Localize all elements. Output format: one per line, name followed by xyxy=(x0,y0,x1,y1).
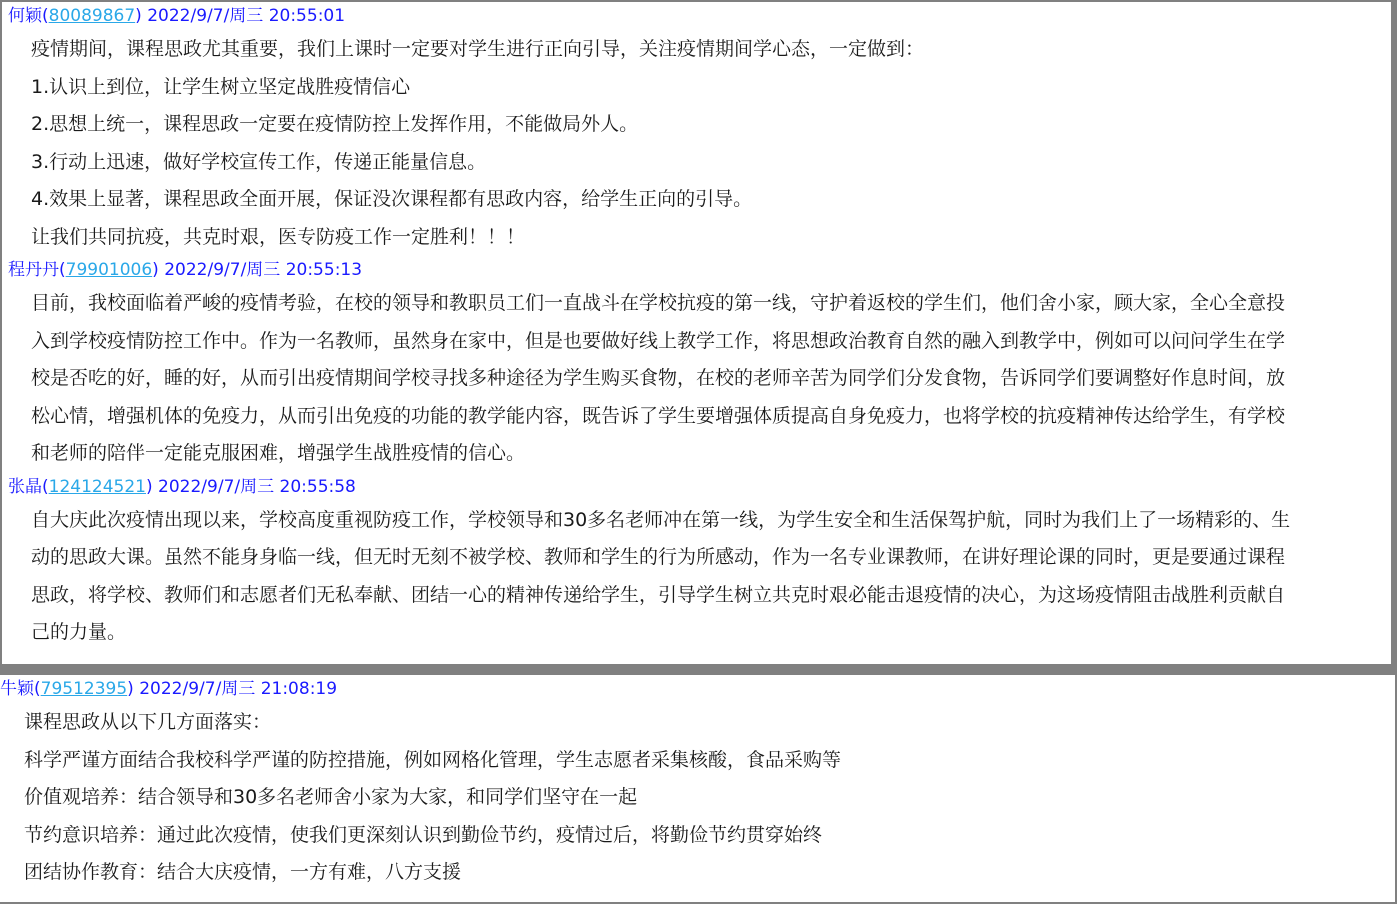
message-line: 思政，将学校、教师们和志愿者们无私奉献、团结一心的精神传递给学生，引导学生树立共… xyxy=(31,577,1371,615)
chat-message: 张晶(124124521) 2022/9/7/周三 20:55:58 自大庆此次… xyxy=(2,473,1391,652)
message-timestamp: 2022/9/7/周三 20:55:01 xyxy=(147,6,345,26)
message-line: 价值观培养：结合领导和30多名老师舍小家为大家，和同学们坚守在一起 xyxy=(24,779,1375,817)
chat-message: 何颖(80089867) 2022/9/7/周三 20:55:01 疫情期间，课… xyxy=(2,2,1391,256)
message-line: 3.行动上迅速，做好学校宣传工作，传递正能量信息。 xyxy=(31,144,1371,182)
message-header: 何颖(80089867) 2022/9/7/周三 20:55:01 xyxy=(2,2,1391,31)
panel-divider xyxy=(0,664,1397,675)
message-body: 疫情期间，课程思政尤其重要，我们上课时一定要对学生进行正向引导，关注疫情期间学心… xyxy=(2,31,1391,256)
message-line: 课程思政从以下几方面落实： xyxy=(24,704,1375,742)
sender-id-link[interactable]: 79901006 xyxy=(66,260,153,280)
sender-name: 何颖 xyxy=(8,6,42,26)
sender-id-link[interactable]: 124124521 xyxy=(49,477,146,497)
open-paren: ( xyxy=(34,679,41,699)
message-line: 入到学校疫情防控工作中。作为一名教师，虽然身在家中，但是也要做好线上教学工作，将… xyxy=(31,323,1371,361)
chat-panel-upper: 何颖(80089867) 2022/9/7/周三 20:55:01 疫情期间，课… xyxy=(0,0,1391,664)
message-line: 2.思想上统一，课程思政一定要在疫情防控上发挥作用，不能做局外人。 xyxy=(31,106,1371,144)
chat-panel-lower: 牛颖(79512395) 2022/9/7/周三 21:08:19 课程思政从以… xyxy=(0,675,1397,904)
sender-name: 牛颖 xyxy=(0,679,34,699)
sender-id-link[interactable]: 79512395 xyxy=(41,679,128,699)
message-timestamp: 2022/9/7/周三 20:55:58 xyxy=(158,477,356,497)
close-paren: ) xyxy=(127,679,134,699)
message-line: 目前，我校面临着严峻的疫情考验，在校的领导和教职员工们一直战斗在学校抗疫的第一线… xyxy=(31,285,1371,323)
sender-name: 张晶 xyxy=(8,477,42,497)
message-line: 自大庆此次疫情出现以来，学校高度重视防疫工作，学校领导和30多名老师冲在第一线，… xyxy=(31,502,1371,540)
message-line: 1.认识上到位，让学生树立坚定战胜疫情信心 xyxy=(31,69,1371,107)
message-timestamp: 2022/9/7/周三 20:55:13 xyxy=(164,260,362,280)
message-line: 科学严谨方面结合我校科学严谨的防控措施，例如网格化管理，学生志愿者采集核酸，食品… xyxy=(24,742,1375,780)
message-line: 校是否吃的好，睡的好，从而引出疫情期间学校寻找多种途径为学生购买食物，在校的老师… xyxy=(31,360,1371,398)
message-line: 疫情期间，课程思政尤其重要，我们上课时一定要对学生进行正向引导，关注疫情期间学心… xyxy=(31,31,1371,69)
close-paren: ) xyxy=(146,477,153,497)
panel-divider-right xyxy=(1391,0,1397,675)
message-line: 动的思政大课。虽然不能身身临一线，但无时无刻不被学校、教师和学生的行为所感动，作… xyxy=(31,539,1371,577)
chat-log-screenshot: 何颖(80089867) 2022/9/7/周三 20:55:01 疫情期间，课… xyxy=(0,0,1397,904)
message-body: 自大庆此次疫情出现以来，学校高度重视防疫工作，学校领导和30多名老师冲在第一线，… xyxy=(2,502,1391,652)
sender-name: 程丹丹 xyxy=(8,260,59,280)
message-timestamp: 2022/9/7/周三 21:08:19 xyxy=(139,679,337,699)
message-header: 牛颖(79512395) 2022/9/7/周三 21:08:19 xyxy=(0,675,1395,704)
open-paren: ( xyxy=(59,260,66,280)
message-line: 4.效果上显著，课程思政全面开展，保证没次课程都有思政内容，给学生正向的引导。 xyxy=(31,181,1371,219)
sender-id-link[interactable]: 80089867 xyxy=(49,6,136,26)
message-line: 松心情，增强机体的免疫力，从而引出免疫的功能的教学能内容，既告诉了学生要增强体质… xyxy=(31,398,1371,436)
message-body: 课程思政从以下几方面落实： 科学严谨方面结合我校科学严谨的防控措施，例如网格化管… xyxy=(0,704,1395,892)
message-line: 己的力量。 xyxy=(31,614,1371,652)
message-header: 程丹丹(79901006) 2022/9/7/周三 20:55:13 xyxy=(2,256,1391,285)
chat-message: 程丹丹(79901006) 2022/9/7/周三 20:55:13 目前，我校… xyxy=(2,256,1391,473)
message-line: 让我们共同抗疫，共克时艰，医专防疫工作一定胜利！！！ xyxy=(31,219,1371,257)
message-line: 团结协作教育：结合大庆疫情，一方有难，八方支援 xyxy=(24,854,1375,892)
message-line: 节约意识培养：通过此次疫情，使我们更深刻认识到勤俭节约，疫情过后，将勤俭节约贯穿… xyxy=(24,817,1375,855)
open-paren: ( xyxy=(42,6,49,26)
message-line: 和老师的陪伴一定能克服困难，增强学生战胜疫情的信心。 xyxy=(31,435,1371,473)
close-paren: ) xyxy=(152,260,159,280)
open-paren: ( xyxy=(42,477,49,497)
message-body: 目前，我校面临着严峻的疫情考验，在校的领导和教职员工们一直战斗在学校抗疫的第一线… xyxy=(2,285,1391,473)
close-paren: ) xyxy=(135,6,142,26)
message-header: 张晶(124124521) 2022/9/7/周三 20:55:58 xyxy=(2,473,1391,502)
chat-message: 牛颖(79512395) 2022/9/7/周三 21:08:19 课程思政从以… xyxy=(0,675,1395,892)
